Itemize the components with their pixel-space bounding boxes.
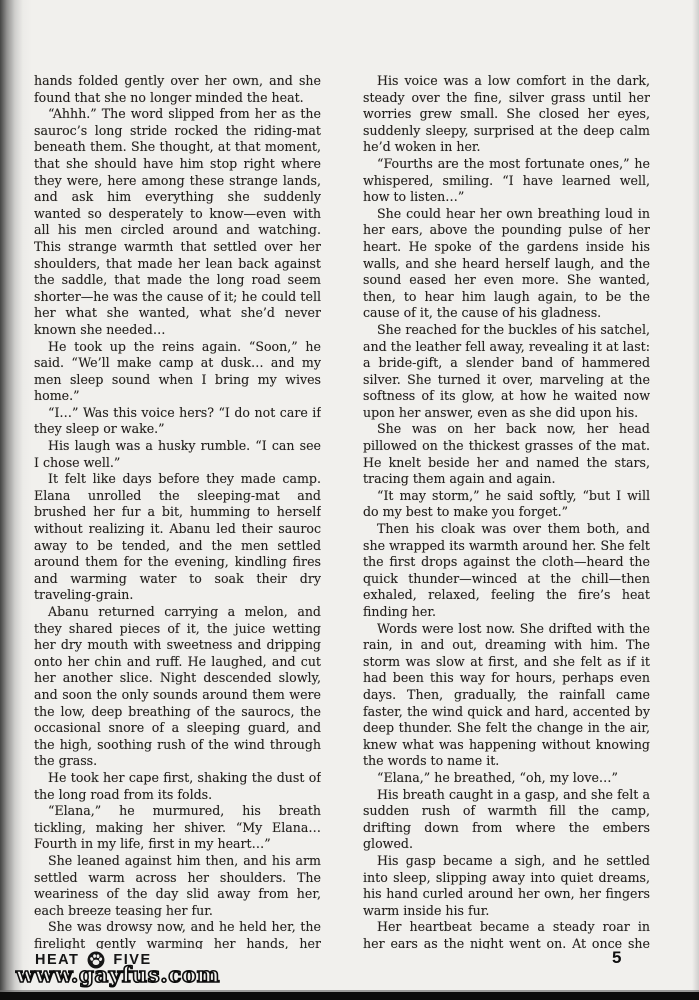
paragraph: His laugh was a husky rumble. “I can see… <box>34 438 321 471</box>
right-scan-shadow <box>692 0 699 1000</box>
page-number: 5 <box>612 948 621 968</box>
paragraph: His voice was a low comfort in the dark,… <box>363 73 650 156</box>
paragraph: It felt like days before they made camp.… <box>34 471 321 604</box>
two-column-text-block: hands folded gently over her own, and sh… <box>34 73 650 949</box>
paragraph: “Elana,” he breathed, “oh, my love…” <box>363 770 650 787</box>
paragraph: hands folded gently over her own, and sh… <box>34 73 321 106</box>
paragraph: Abanu returned carrying a melon, and the… <box>34 604 321 770</box>
paragraph: She leaned against him then, and his arm… <box>34 853 321 919</box>
paragraph: She could hear her own breathing loud in… <box>363 206 650 322</box>
bottom-black-bar <box>0 992 699 1000</box>
paragraph: She reached for the buckles of his satch… <box>363 322 650 422</box>
paragraph: His gasp became a sigh, and he settled i… <box>363 853 650 919</box>
paragraph: He took her cape first, shaking the dust… <box>34 770 321 803</box>
paragraph: He took up the reins again. “Soon,” he s… <box>34 339 321 405</box>
paragraph: She was drowsy now, and he held her, the… <box>34 919 321 949</box>
paragraph: “Ahhh.” The word slipped from her as the… <box>34 106 321 338</box>
paragraph: His breath caught in a gasp, and she fel… <box>363 787 650 853</box>
right-text-column: His voice was a low comfort in the dark,… <box>363 73 650 949</box>
paragraph: Her heartbeat became a steady roar in he… <box>363 919 650 949</box>
paragraph: “I…” Was this voice hers? “I do not care… <box>34 405 321 438</box>
scanned-book-page: hands folded gently over her own, and sh… <box>0 0 699 1000</box>
left-text-column: hands folded gently over her own, and sh… <box>34 73 321 949</box>
left-scan-shadow <box>0 0 32 1000</box>
paragraph: “Fourths are the most fortunate ones,” h… <box>363 156 650 206</box>
paragraph: “Elana,” he murmured, his breath ticklin… <box>34 803 321 853</box>
paragraph: Words were lost now. She drifted with th… <box>363 621 650 770</box>
paragraph: “It may storm,” he said softly, “but I w… <box>363 488 650 521</box>
paragraph: Then his cloak was over them both, and s… <box>363 521 650 621</box>
paragraph: She was on her back now, her head pillow… <box>363 421 650 487</box>
site-watermark: www.gayfus.com <box>16 963 220 988</box>
